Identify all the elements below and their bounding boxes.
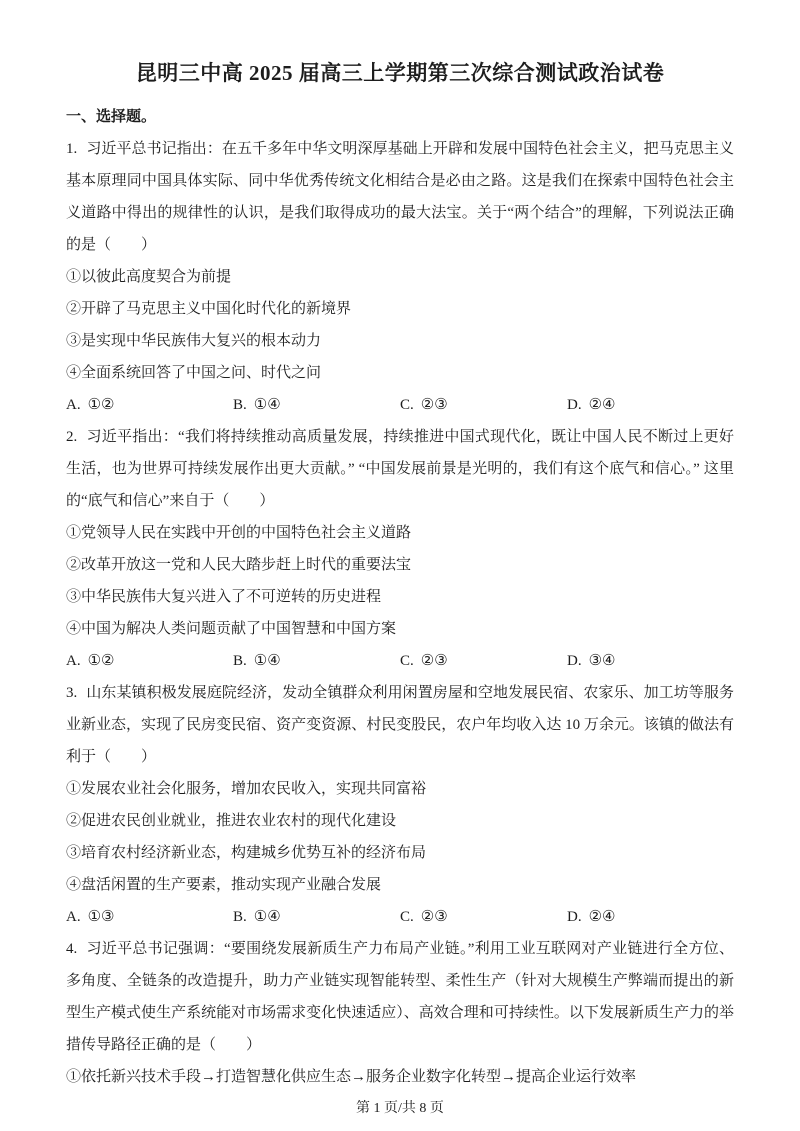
question-item: ②促进农民创业就业，推进农业农村的现代化建设 bbox=[66, 805, 734, 837]
option-c: C.②③ bbox=[400, 901, 567, 933]
question-item: ③培育农村经济新业态，构建城乡优势互补的经济布局 bbox=[66, 837, 734, 869]
page-footer: 第 1 页/共 8 页 bbox=[66, 1094, 734, 1124]
option-label: D. bbox=[567, 397, 582, 413]
question-item: ④全面系统回答了中国之问、时代之问 bbox=[66, 357, 734, 389]
option-value: ②③ bbox=[421, 397, 448, 413]
page-title: 昆明三中高 2025 届高三上学期第三次综合测试政治试卷 bbox=[66, 58, 734, 88]
question-item: ①党领导人民在实践中开创的中国特色社会主义道路 bbox=[66, 517, 734, 549]
question-item: ①以彼此高度契合为前提 bbox=[66, 261, 734, 293]
option-value: ①② bbox=[88, 397, 115, 413]
question-stem: 1.习近平总书记指出：在五千多年中华文明深厚基础上开辟和发展中国特色社会主义，把… bbox=[66, 133, 734, 261]
question-number: 4. bbox=[66, 941, 77, 957]
section-heading: 一、选择题。 bbox=[66, 101, 734, 133]
question-3: 3.山东某镇积极发展庭院经济，发动全镇群众利用闲置房屋和空地发展民宿、农家乐、加… bbox=[66, 677, 734, 933]
option-label: D. bbox=[567, 653, 582, 669]
question-stem-text: 习近平总书记指出：在五千多年中华文明深厚基础上开辟和发展中国特色社会主义，把马克… bbox=[66, 141, 734, 253]
question-stem-text: 习近平指出：“我们将持续推动高质量发展，持续推进中国式现代化，既让中国人民不断过… bbox=[66, 429, 734, 509]
options-row: A.①② B.①④ C.②③ D.③④ bbox=[66, 645, 734, 677]
question-item: ③中华民族伟大复兴进入了不可逆转的历史进程 bbox=[66, 581, 734, 613]
option-a: A.①② bbox=[66, 645, 233, 677]
option-d: D.②④ bbox=[567, 389, 734, 421]
question-item: ③是实现中华民族伟大复兴的根本动力 bbox=[66, 325, 734, 357]
question-item: ①依托新兴技术手段→打造智慧化供应生态→服务企业数字化转型→提高企业运行效率 bbox=[66, 1061, 734, 1093]
option-label: C. bbox=[400, 653, 414, 669]
option-b: B.①④ bbox=[233, 901, 400, 933]
option-b: B.①④ bbox=[233, 645, 400, 677]
option-label: D. bbox=[567, 909, 582, 925]
option-label: C. bbox=[400, 397, 414, 413]
question-stem: 4.习近平总书记强调：“要围绕发展新质生产力布局产业链。”利用工业互联网对产业链… bbox=[66, 933, 734, 1061]
option-d: D.②④ bbox=[567, 901, 734, 933]
option-value: ②④ bbox=[589, 397, 616, 413]
question-2: 2.习近平指出：“我们将持续推动高质量发展，持续推进中国式现代化，既让中国人民不… bbox=[66, 421, 734, 677]
exam-page: 昆明三中高 2025 届高三上学期第三次综合测试政治试卷 一、选择题。 1.习近… bbox=[0, 0, 800, 1131]
option-value: ①④ bbox=[254, 909, 281, 925]
question-stem-text: 山东某镇积极发展庭院经济，发动全镇群众利用闲置房屋和空地发展民宿、农家乐、加工坊… bbox=[66, 685, 734, 765]
option-value: ②③ bbox=[421, 653, 448, 669]
question-item: ②开辟了马克思主义中国化时代化的新境界 bbox=[66, 293, 734, 325]
question-item: ①发展农业社会化服务，增加农民收入，实现共同富裕 bbox=[66, 773, 734, 805]
option-b: B.①④ bbox=[233, 389, 400, 421]
option-value: ②④ bbox=[589, 909, 616, 925]
question-stem: 3.山东某镇积极发展庭院经济，发动全镇群众利用闲置房屋和空地发展民宿、农家乐、加… bbox=[66, 677, 734, 773]
options-row: A.①③ B.①④ C.②③ D.②④ bbox=[66, 901, 734, 933]
option-c: C.②③ bbox=[400, 389, 567, 421]
question-item: ④中国为解决人类问题贡献了中国智慧和中国方案 bbox=[66, 613, 734, 645]
option-a: A.①③ bbox=[66, 901, 233, 933]
option-d: D.③④ bbox=[567, 645, 734, 677]
option-label: A. bbox=[66, 909, 81, 925]
option-label: A. bbox=[66, 653, 81, 669]
option-label: B. bbox=[233, 909, 247, 925]
question-number: 1. bbox=[66, 141, 77, 157]
option-c: C.②③ bbox=[400, 645, 567, 677]
option-value: ①② bbox=[88, 653, 115, 669]
question-number: 2. bbox=[66, 429, 77, 445]
question-stem-text: 习近平总书记强调：“要围绕发展新质生产力布局产业链。”利用工业互联网对产业链进行… bbox=[66, 941, 734, 1053]
question-number: 3. bbox=[66, 685, 77, 701]
option-value: ①④ bbox=[254, 653, 281, 669]
option-label: B. bbox=[233, 653, 247, 669]
question-4: 4.习近平总书记强调：“要围绕发展新质生产力布局产业链。”利用工业互联网对产业链… bbox=[66, 933, 734, 1093]
question-1: 1.习近平总书记指出：在五千多年中华文明深厚基础上开辟和发展中国特色社会主义，把… bbox=[66, 133, 734, 421]
option-value: ③④ bbox=[589, 653, 616, 669]
question-item: ②改革开放这一党和人民大踏步赶上时代的重要法宝 bbox=[66, 549, 734, 581]
option-value: ②③ bbox=[421, 909, 448, 925]
option-label: B. bbox=[233, 397, 247, 413]
option-label: A. bbox=[66, 397, 81, 413]
option-label: C. bbox=[400, 909, 414, 925]
option-value: ①③ bbox=[88, 909, 115, 925]
options-row: A.①② B.①④ C.②③ D.②④ bbox=[66, 389, 734, 421]
option-value: ①④ bbox=[254, 397, 281, 413]
option-a: A.①② bbox=[66, 389, 233, 421]
question-stem: 2.习近平指出：“我们将持续推动高质量发展，持续推进中国式现代化，既让中国人民不… bbox=[66, 421, 734, 517]
question-item: ④盘活闲置的生产要素，推动实现产业融合发展 bbox=[66, 869, 734, 901]
